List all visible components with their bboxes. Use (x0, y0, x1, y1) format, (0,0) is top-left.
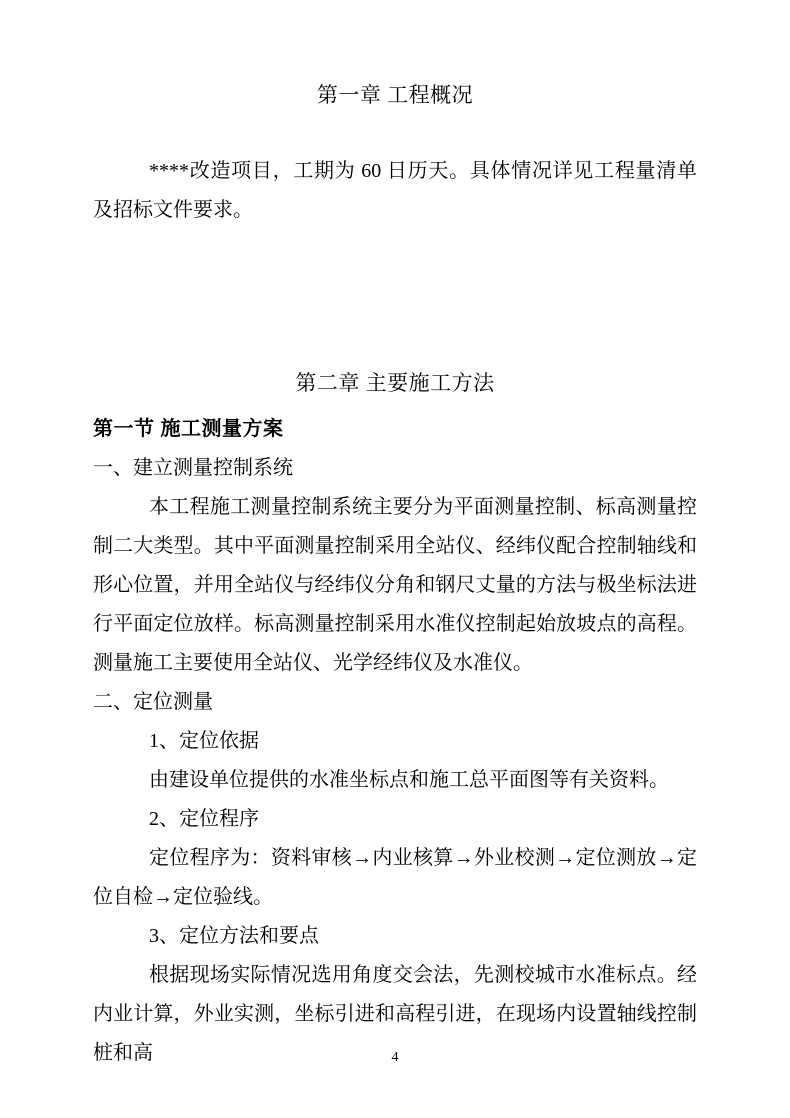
chapter-2-title: 第二章 主要施工方法 (93, 364, 697, 403)
list-item-1-heading: 一、建立测量控制系统 (93, 449, 697, 488)
list-item-2-heading: 二、定位测量 (93, 683, 697, 722)
sub-item-3-heading: 3、定位方法和要点 (93, 917, 697, 956)
chapter-1-title: 第一章 工程概况 (93, 76, 697, 115)
sub-item-1-heading: 1、定位依据 (93, 722, 697, 761)
section-1-heading: 第一节 施工测量方案 (93, 410, 697, 449)
sub-item-2-heading: 2、定位程序 (93, 800, 697, 839)
document-page-body: 第一章 工程概况 ****改造项目，工期为 60 日历天。具体情况详见工程量清单… (93, 0, 697, 1073)
positioning-procedure-paragraph: 定位程序为：资料审核→内业核算→外业校测→定位测放→定位自检→定位验线。 (93, 839, 697, 917)
measurement-control-paragraph: 本工程施工测量控制系统主要分为平面测量控制、标高测量控制二大类型。其中平面测量控… (93, 488, 697, 683)
chapter-1-paragraph: ****改造项目，工期为 60 日历天。具体情况详见工程量清单及招标文件要求。 (93, 152, 697, 230)
positioning-basis-paragraph: 由建设单位提供的水准坐标点和施工总平面图等有关资料。 (93, 761, 697, 800)
page-number: 4 (0, 1048, 790, 1067)
